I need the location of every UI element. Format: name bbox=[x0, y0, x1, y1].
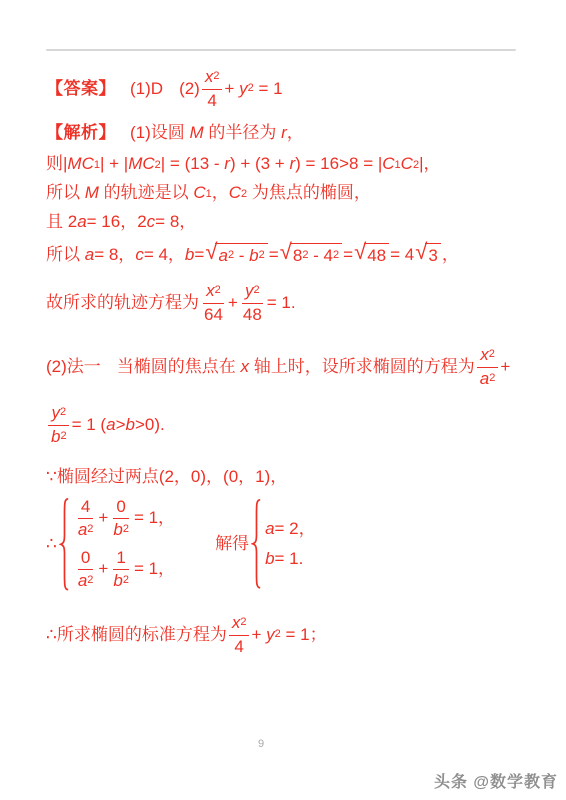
fraction-denominator: b2 bbox=[110, 519, 132, 540]
math-text: (1)设圆 bbox=[130, 122, 190, 145]
fraction: x24 bbox=[202, 67, 223, 111]
math-text: | + | bbox=[100, 153, 128, 176]
math-text: 48 bbox=[367, 245, 386, 268]
fraction-numerator: 4 bbox=[78, 497, 93, 519]
math-text: 0 bbox=[81, 548, 90, 568]
fraction-numerator: x2 bbox=[203, 281, 224, 303]
math-variable: a bbox=[218, 245, 227, 268]
math-variable: M bbox=[85, 182, 99, 205]
math-variable: C bbox=[229, 182, 241, 205]
fraction-denominator: a2 bbox=[75, 519, 97, 540]
math-text: = 4 bbox=[390, 244, 414, 267]
section-label: 【解析】 bbox=[46, 122, 116, 145]
math-variable: C bbox=[193, 182, 205, 205]
fraction-denominator: 4 bbox=[231, 636, 246, 657]
math-text: ) + (3 + bbox=[230, 153, 290, 176]
fraction: x264 bbox=[201, 281, 226, 325]
math-variable: b bbox=[113, 520, 122, 540]
math-text: 3 bbox=[428, 245, 437, 268]
math-text: 则| bbox=[46, 153, 67, 176]
math-text: | = (13 - bbox=[161, 153, 224, 176]
math-variable: y bbox=[239, 78, 248, 101]
line-eqmc: 则|MC1| + |MC2| = (13 - r) + (3 + r) = 16… bbox=[46, 152, 542, 176]
fraction-denominator: 4 bbox=[204, 90, 219, 111]
math-variable: b bbox=[265, 548, 274, 571]
math-text: 的半径为 bbox=[204, 122, 281, 145]
math-text: + bbox=[98, 558, 108, 581]
math-text: 8 bbox=[293, 245, 302, 268]
math-text: ) = 16>8 = | bbox=[295, 153, 382, 176]
line-system: ∴4a2+0b2= 1，0a2+1b2= 1，解得a= 2，b= 1. bbox=[46, 493, 542, 595]
square-root: √a2 - b2 bbox=[205, 243, 267, 268]
watermark: 头条 @数学教育 bbox=[434, 769, 558, 792]
math-variable: a bbox=[77, 211, 86, 234]
math-variable: c bbox=[135, 244, 144, 267]
fraction-denominator: a2 bbox=[477, 368, 499, 389]
page-number: 9 bbox=[258, 738, 264, 750]
math-variable: a bbox=[106, 414, 115, 437]
line-locus: 所以 M 的轨迹是以 C1，C2 为焦点的椭圆， bbox=[46, 181, 542, 205]
line-abc: 所以 a= 8，c= 4，b=√a2 - b2=√82 - 42=√48= 4√… bbox=[46, 239, 542, 271]
fraction: y248 bbox=[240, 281, 265, 325]
fraction-denominator: 48 bbox=[240, 304, 265, 325]
math-text: + bbox=[98, 507, 108, 530]
math-variable: b bbox=[126, 414, 135, 437]
fraction-numerator: y2 bbox=[242, 281, 263, 303]
fraction: x2a2 bbox=[477, 345, 499, 389]
math-text: - bbox=[234, 245, 249, 268]
radical-sign-icon: √ bbox=[280, 241, 292, 263]
line-points: ∵椭圆经过两点(2，0)，(0，1)， bbox=[46, 465, 542, 489]
math-variable: x bbox=[480, 345, 489, 365]
math-variable: b bbox=[51, 427, 60, 447]
line-conclusion: ∴所求椭圆的标准方程为x24+ y2 = 1； bbox=[46, 610, 542, 660]
math-text: 4 bbox=[234, 637, 243, 657]
math-text: 轴上时，设所求椭圆的方程为 bbox=[249, 356, 475, 379]
math-text: + bbox=[251, 624, 266, 647]
math-text: 4 bbox=[207, 91, 216, 111]
math-text: >0). bbox=[135, 414, 165, 437]
fraction-numerator: 0 bbox=[113, 497, 128, 519]
line-locus-eq: 故所求的轨迹方程为x264+y248= 1. bbox=[46, 278, 542, 328]
system-row: b= 1. bbox=[265, 548, 316, 571]
math-text: - 4 bbox=[308, 245, 333, 268]
math-text: ∴所求椭圆的标准方程为 bbox=[46, 624, 227, 647]
line-answer: 【答案】(1)D(2)x24+ y2 = 1 bbox=[46, 66, 542, 112]
math-variable: y bbox=[245, 281, 254, 301]
math-text: 解得 bbox=[215, 533, 249, 556]
left-brace-icon bbox=[251, 498, 262, 590]
math-variable: M bbox=[190, 122, 204, 145]
math-variable: a bbox=[85, 244, 94, 267]
system-row: 0a2+1b2= 1， bbox=[73, 548, 175, 592]
square-root: √82 - 42 bbox=[280, 243, 342, 268]
math-text: ， bbox=[212, 182, 229, 205]
math-text: = 2， bbox=[275, 518, 316, 541]
math-text: = 1， bbox=[134, 558, 175, 581]
equation-system: 4a2+0b2= 1，0a2+1b2= 1， bbox=[59, 497, 175, 592]
math-text: 4 bbox=[81, 497, 90, 517]
math-text: = 1 ( bbox=[72, 414, 107, 437]
math-text: = 1 bbox=[254, 78, 283, 101]
fraction-numerator: x2 bbox=[477, 345, 498, 367]
math-text: ， bbox=[287, 122, 304, 145]
math-variable: x bbox=[241, 356, 250, 379]
math-text: = 1， bbox=[134, 507, 175, 530]
system-row: 4a2+0b2= 1， bbox=[73, 497, 175, 541]
math-text: |， bbox=[419, 153, 440, 176]
math-variable: C bbox=[401, 153, 413, 176]
math-text: 故所求的轨迹方程为 bbox=[46, 292, 199, 315]
math-text: ∴ bbox=[46, 533, 57, 556]
math-text: ∵椭圆经过两点(2，0)，(0，1)， bbox=[46, 466, 287, 489]
radical-sign-icon: √ bbox=[205, 241, 217, 263]
math-text: = 1. bbox=[275, 548, 304, 571]
math-text: + bbox=[224, 78, 239, 101]
fraction-denominator: b2 bbox=[48, 426, 70, 447]
math-text: + bbox=[500, 356, 510, 379]
math-text: 且 2 bbox=[46, 211, 77, 234]
radicand: 48 bbox=[364, 243, 389, 268]
fraction-denominator: a2 bbox=[75, 570, 97, 591]
radicand: 82 - 42 bbox=[290, 243, 342, 268]
math-variable: b bbox=[249, 245, 258, 268]
math-text: = 16，2 bbox=[87, 211, 147, 234]
document-page: 【答案】(1)D(2)x24+ y2 = 1【解析】(1)设圆 M 的半径为 r… bbox=[0, 0, 566, 800]
square-root: √48 bbox=[354, 243, 389, 268]
math-text: + bbox=[228, 292, 238, 315]
square-root: √3 bbox=[415, 243, 441, 268]
math-text: = 8， bbox=[94, 244, 135, 267]
fraction-denominator: 64 bbox=[201, 304, 226, 325]
math-text: 为焦点的椭圆， bbox=[247, 182, 371, 205]
math-variable: C bbox=[382, 153, 394, 176]
system-rows: a= 2，b= 1. bbox=[265, 498, 316, 590]
math-variable: b bbox=[113, 571, 122, 591]
math-variable: a bbox=[265, 518, 274, 541]
fraction: 0b2 bbox=[110, 497, 132, 541]
line-method1: (2)法一当椭圆的焦点在 x 轴上时，设所求椭圆的方程为x2a2+ bbox=[46, 341, 542, 393]
fraction-numerator: x2 bbox=[229, 613, 250, 635]
system-rows: 4a2+0b2= 1，0a2+1b2= 1， bbox=[73, 497, 175, 592]
math-text: = 1； bbox=[281, 624, 327, 647]
fraction: x24 bbox=[229, 613, 250, 657]
math-text: 当椭圆的焦点在 bbox=[117, 356, 241, 379]
math-text: = 1. bbox=[267, 292, 296, 315]
radicand: a2 - b2 bbox=[215, 243, 267, 268]
math-text: = bbox=[269, 244, 279, 267]
math-text: 所以 bbox=[46, 244, 85, 267]
math-text: 1 bbox=[116, 548, 125, 568]
line-method1b: y2b2= 1 (a>b>0). bbox=[46, 398, 542, 452]
math-text: (2)法一 bbox=[46, 356, 101, 379]
math-text: = 4， bbox=[144, 244, 185, 267]
fraction: 4a2 bbox=[75, 497, 97, 541]
left-brace-icon bbox=[59, 497, 70, 592]
radical-sign-icon: √ bbox=[354, 241, 366, 263]
math-variable: MC bbox=[128, 153, 154, 176]
math-variable: x bbox=[205, 67, 214, 87]
math-text: = bbox=[194, 244, 204, 267]
math-text: > bbox=[116, 414, 126, 437]
fraction-denominator: b2 bbox=[110, 570, 132, 591]
math-variable: c bbox=[147, 211, 156, 234]
math-text: 48 bbox=[243, 305, 262, 325]
radical-sign-icon: √ bbox=[415, 241, 427, 263]
math-variable: b bbox=[185, 244, 194, 267]
fraction: 1b2 bbox=[110, 548, 132, 592]
math-text: (2) bbox=[179, 78, 200, 101]
math-variable: y bbox=[266, 624, 275, 647]
top-divider bbox=[46, 49, 516, 51]
math-text: 所以 bbox=[46, 182, 85, 205]
fraction-numerator: y2 bbox=[48, 403, 69, 425]
fraction-numerator: x2 bbox=[202, 67, 223, 89]
section-label: 【答案】 bbox=[46, 78, 116, 101]
math-text: ， bbox=[442, 244, 459, 267]
fraction-numerator: 0 bbox=[78, 548, 93, 570]
math-text: = 8， bbox=[155, 211, 196, 234]
line-analysis: 【解析】(1)设圆 M 的半径为 r， bbox=[46, 121, 542, 145]
solution-content: 【答案】(1)D(2)x24+ y2 = 1【解析】(1)设圆 M 的半径为 r… bbox=[46, 52, 542, 660]
math-variable: x bbox=[206, 281, 215, 301]
system-row: a= 2， bbox=[265, 518, 316, 541]
fraction: y2b2 bbox=[48, 403, 70, 447]
fraction: 0a2 bbox=[75, 548, 97, 592]
line-params: 且 2a= 16，2c= 8， bbox=[46, 210, 542, 234]
math-text: = bbox=[343, 244, 353, 267]
math-variable: x bbox=[232, 613, 241, 633]
math-variable: y bbox=[51, 403, 60, 423]
math-text: (1)D bbox=[130, 78, 163, 101]
math-variable: a bbox=[78, 520, 87, 540]
radicand: 3 bbox=[425, 243, 440, 268]
math-text: 0 bbox=[116, 497, 125, 517]
equation-system: a= 2，b= 1. bbox=[251, 498, 316, 590]
fraction-numerator: 1 bbox=[113, 548, 128, 570]
math-variable: a bbox=[480, 369, 489, 389]
math-variable: a bbox=[78, 571, 87, 591]
math-variable: MC bbox=[67, 153, 93, 176]
math-text: 的轨迹是以 bbox=[99, 182, 193, 205]
math-text: 64 bbox=[204, 305, 223, 325]
